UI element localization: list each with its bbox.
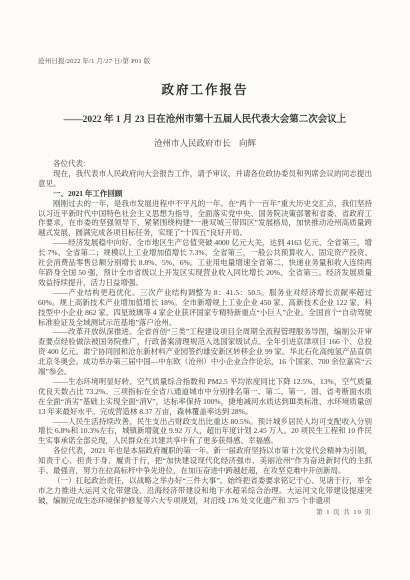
report-body: 各位代表： 现在，我代表市人民政府向大会报告工作，请予审议，并请各位政协委员和列… — [38, 159, 372, 506]
page-number: 第 1 页 共 10 页 — [316, 507, 372, 516]
body-paragraph: 各位代表，2021 年也是本届政府履职的第一年。新一届政府坚持以市第十次党代会精… — [38, 446, 372, 476]
body-paragraph: ——改革开放纵深推进。全省首创“三类”工程建设项目全周期全流程管理服务导图，编制… — [38, 327, 372, 377]
body-paragraph: ——人民生活持续改善。民生支出占财政支出比重达 80.5%。预计城乡居民人均可支… — [38, 417, 372, 447]
byline-author: 沧州市人民政府市长 向辉 — [38, 137, 372, 149]
section-heading-2021-review: 一、2021 年工作回顾 — [38, 189, 372, 199]
salutation: 各位代表： — [38, 159, 372, 169]
report-subtitle: ——2022 年 1 月 23 日在沧州市第十五届人民代表大会第二次会议上 — [38, 111, 372, 125]
report-title: 政府工作报告 — [38, 80, 372, 98]
masthead-source-line: 沧州日报/2022 年/1 月/27 日/第 P01 版 — [38, 56, 372, 65]
body-paragraph: ——生态环境明显好转。空气质量综合指数和 PM2.5 平均浓度同比下降 12.5… — [38, 377, 372, 417]
body-paragraph: ——产业结构更趋优化。三次产业结构调整为 8：41.5：50.5。服务业对经济增… — [38, 288, 372, 328]
body-paragraph: 现在，我代表市人民政府向大会报告工作，请予审议，并请各位政协委员和列席会议的同志… — [38, 169, 372, 189]
body-paragraph: 刚刚过去的一年，是我市发展进程中不平凡的一年。在“两个一百年”重大历史交汇点，我… — [38, 199, 372, 239]
newspaper-page: 沧州日报/2022 年/1 月/27 日/第 P01 版 政府工作报告 ——20… — [0, 0, 410, 580]
body-paragraph: ——经济发展稳中向好。全市地区生产总值突破 4000 亿元大关，达到 4163 … — [38, 238, 372, 288]
body-paragraph: （一）扛起政治责任，以战略之举办好“三件大事”。始终把省委要求铭记于心、见诸于行… — [38, 476, 372, 506]
